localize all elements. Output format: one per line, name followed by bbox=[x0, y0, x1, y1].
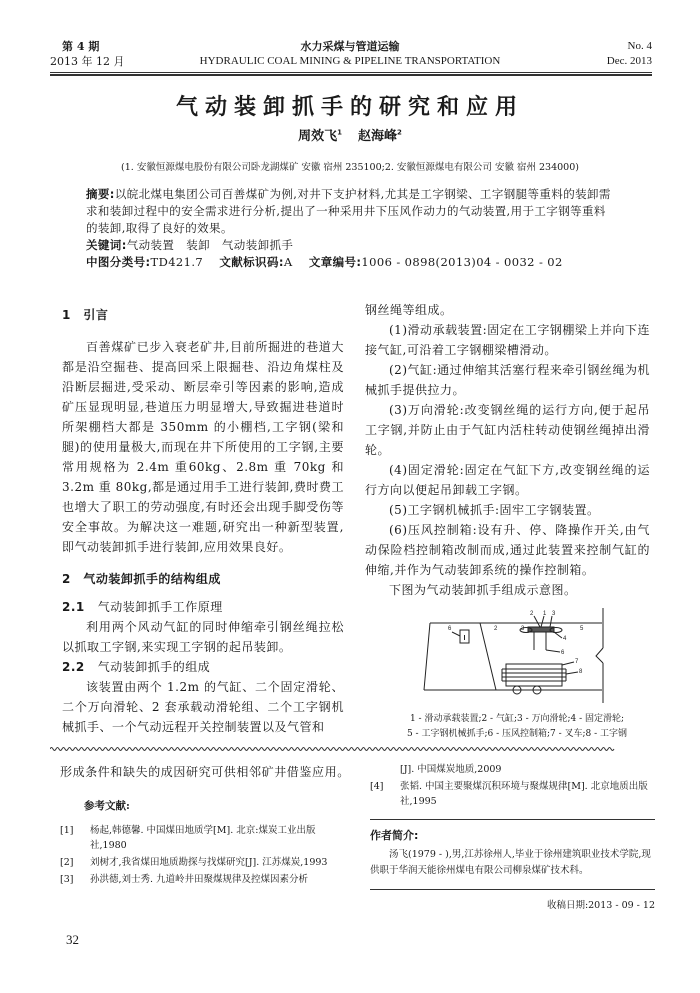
header-rule bbox=[50, 72, 652, 73]
reference-item: [2] 刘树才,我省煤田地质勘探与找煤研究[J]. 江苏煤炭,1993 bbox=[60, 855, 352, 870]
figure-label: 8 bbox=[579, 669, 583, 675]
right-column: 钢丝绳等组成。 (1)滑动承载装置:固定在工字钢棚梁上并向下连接气缸,可沿着工字… bbox=[365, 300, 650, 600]
continued-text: 钢丝绳等组成。 bbox=[365, 300, 650, 320]
reference-number: [2] bbox=[60, 855, 90, 870]
article-title: 气动装卸抓手的研究和应用 bbox=[0, 90, 700, 121]
references-heading: 参考文献: bbox=[84, 798, 352, 813]
figure-label: 6 bbox=[448, 626, 452, 632]
reference-number: [3] bbox=[60, 872, 90, 887]
reference-item: [1] 杨起,韩德馨. 中国煤田地质学[M]. 北京:煤炭工业出版社,1980 bbox=[60, 823, 352, 853]
issue-cn: 第 4 期 bbox=[50, 39, 170, 54]
previous-article-tail: 形成条件和缺失的成因研究可供相邻矿井借鉴应用。 参考文献: [1] 杨起,韩德馨… bbox=[60, 762, 352, 889]
subsection-heading-principle: 2.1 气动装卸抓手工作原理 bbox=[62, 597, 344, 617]
figure-label: 4 bbox=[563, 636, 567, 642]
figure-caption: 1 - 滑动承载装置;2 - 气缸;3 - 万向滑轮;4 - 固定滑轮; 5 -… bbox=[372, 712, 662, 742]
author-bio-heading: 作者简介: bbox=[370, 828, 660, 843]
component-item: (2)气缸:通过伸缩其活塞行程来牵引钢丝绳为机械抓手提供拉力。 bbox=[365, 360, 650, 400]
author-bio-text: 汤飞(1979 - ),男,江苏徐州人,毕业于徐州建筑职业技术学院,现供职于华润… bbox=[370, 847, 660, 879]
bio-rule-bottom bbox=[370, 889, 655, 890]
principle-paragraph: 利用两个风动气缸的同时伸缩牵引钢丝绳拉松以抓取工字钢,来实现工字钢的起吊装卸。 bbox=[62, 617, 344, 657]
reference-item: [3] 孙洪德,刘士秀. 九道岭井田聚煤规律及控煤因素分析 bbox=[60, 872, 352, 887]
article-no-value: 1006 - 0898(2013)04 - 0032 - 02 bbox=[361, 255, 562, 269]
left-column: 1 引言 百善煤矿已步入衰老矿井,目前所掘进的巷道大都是沿空掘巷、提高回采上限掘… bbox=[62, 305, 344, 737]
caption-line: 1 - 滑动承载装置;2 - 气缸;3 - 万向滑轮;4 - 固定滑轮; bbox=[372, 712, 662, 727]
subsection-heading-composition: 2.2 气动装卸抓手的组成 bbox=[62, 657, 344, 677]
keywords-text: 气动装置 装卸 气动装卸抓手 bbox=[127, 238, 294, 252]
composition-paragraph: 该装置由两个 1.2m 的气缸、二个固定滑轮、二个万向滑轮、2 套承载动滑轮组、… bbox=[62, 677, 344, 737]
header-issue-cn: 第 4 期 2013 年 12 月 bbox=[50, 39, 170, 69]
component-item: (4)固定滑轮:固定在气缸下方,改变钢丝绳的运行方向以便起吊卸载工字钢。 bbox=[365, 460, 650, 500]
figure-label: 3 bbox=[552, 611, 556, 617]
reference-text: [J]. 中国煤炭地质,2009 bbox=[400, 762, 660, 777]
affiliations: (1. 安徽恒源煤电股份有限公司卧龙湖煤矿 安徽 宿州 235100;2. 安徽… bbox=[60, 159, 640, 173]
header-issue-en: No. 4 Dec. 2013 bbox=[560, 39, 652, 69]
date-cn: 2013 年 12 月 bbox=[50, 54, 170, 69]
doc-code-label: 文献标识码: bbox=[219, 255, 284, 269]
caption-line: 5 - 工字钢机械抓手;6 - 压风控制箱;7 - 叉车;8 - 工字钢 bbox=[372, 727, 662, 742]
subsection-title: 气动装卸抓手的组成 bbox=[98, 660, 211, 674]
reference-text: 孙洪德,刘士秀. 九道岭井田聚煤规律及控煤因素分析 bbox=[90, 872, 352, 887]
reference-number: [4] bbox=[370, 779, 400, 809]
author-name: 赵海峰 bbox=[358, 129, 397, 144]
journal-title-cn: 水力采煤与管道运输 bbox=[170, 39, 530, 54]
author-name: 周效飞 bbox=[298, 129, 337, 144]
clc-label: 中图分类号: bbox=[86, 255, 151, 269]
bio-rule-top bbox=[370, 819, 655, 820]
reference-item: [4] 张韬. 中国主要聚煤沉积环境与聚煤规律[M]. 北京地质出版社,1995 bbox=[370, 779, 660, 809]
component-item: (6)压风控制箱:设有升、停、降操作开关,由气动保险档控制箱改制而成,通过此装置… bbox=[365, 520, 650, 580]
header-journal: 水力采煤与管道运输 HYDRAULIC COAL MINING & PIPELI… bbox=[170, 39, 530, 69]
subsection-number: 2.1 bbox=[62, 600, 85, 614]
reference-number: [1] bbox=[60, 823, 90, 853]
figure-label: 3 bbox=[521, 626, 525, 632]
figure-label: 2 bbox=[530, 611, 534, 617]
author-affil-mark: 2 bbox=[397, 129, 402, 137]
figure-intro: 下图为气动装卸抓手组成示意图。 bbox=[365, 580, 650, 600]
issue-en: No. 4 bbox=[560, 39, 652, 54]
reference-text: 张韬. 中国主要聚煤沉积环境与聚煤规律[M]. 北京地质出版社,1995 bbox=[400, 779, 660, 809]
gripper-schematic-figure: 2 1 3 4 6 6 7 8 2 3 5 bbox=[410, 608, 615, 708]
component-item: (5)工字钢机械抓手:固牢工字钢装置。 bbox=[365, 500, 650, 520]
section-heading-structure: 2 气动装卸抓手的结构组成 bbox=[62, 569, 344, 589]
page-number: 32 bbox=[66, 932, 79, 948]
figure-label: 6 bbox=[561, 650, 565, 656]
article-separator bbox=[50, 746, 652, 752]
author-affil-mark: 1 bbox=[337, 129, 342, 137]
abstract-label: 摘要: bbox=[86, 187, 115, 201]
figure-label: 1 bbox=[543, 611, 547, 617]
section-heading-intro: 1 引言 bbox=[62, 305, 344, 325]
figure-label: 7 bbox=[575, 659, 579, 665]
abstract-text: 以皖北煤电集团公司百善煤矿为例,对井下支护材料,尤其是工字钢梁、工字钢腿等重料的… bbox=[86, 187, 611, 235]
author-list: 周效飞1赵海峰2 bbox=[0, 125, 700, 144]
previous-article-text: 形成条件和缺失的成因研究可供相邻矿井借鉴应用。 bbox=[60, 762, 352, 782]
schematic-diagram: 2 1 3 4 6 6 7 8 2 3 5 bbox=[410, 608, 615, 708]
abstract-block: 摘要:以皖北煤电集团公司百善煤矿为例,对井下支护材料,尤其是工字钢梁、工字钢腿等… bbox=[86, 186, 616, 271]
reference-text: 杨起,韩德馨. 中国煤田地质学[M]. 北京:煤炭工业出版社,1980 bbox=[90, 823, 352, 853]
journal-title-en: HYDRAULIC COAL MINING & PIPELINE TRANSPO… bbox=[170, 54, 530, 69]
clc-value: TD421.7 bbox=[151, 255, 204, 269]
doc-code-value: A bbox=[284, 255, 293, 269]
component-item: (3)万向滑轮:改变钢丝绳的运行方向,便于起吊工字钢,并防止由于气缸内活柱转动使… bbox=[365, 400, 650, 460]
keywords-label: 关键词: bbox=[86, 238, 127, 252]
date-en: Dec. 2013 bbox=[560, 54, 652, 69]
references-continued: [J]. 中国煤炭地质,2009 [4] 张韬. 中国主要聚煤沉积环境与聚煤规律… bbox=[370, 762, 660, 913]
reference-item-continued: [J]. 中国煤炭地质,2009 bbox=[370, 762, 660, 777]
component-item: (1)滑动承载装置:固定在工字钢棚梁上并向下连接气缸,可沿着工字钢棚梁槽滑动。 bbox=[365, 320, 650, 360]
intro-paragraph: 百善煤矿已步入衰老矿井,目前所掘进的巷道大都是沿空掘巷、提高回采上限掘巷、沿边角… bbox=[62, 337, 344, 557]
figure-label: 2 bbox=[494, 626, 498, 632]
subsection-title: 气动装卸抓手工作原理 bbox=[98, 600, 223, 614]
article-no-label: 文章编号: bbox=[309, 255, 362, 269]
subsection-number: 2.2 bbox=[62, 660, 85, 674]
figure-label: 5 bbox=[580, 626, 584, 632]
received-date: 收稿日期:2013 - 09 - 12 bbox=[370, 898, 655, 913]
reference-text: 刘树才,我省煤田地质勘探与找煤研究[J]. 江苏煤炭,1993 bbox=[90, 855, 352, 870]
header-rule-thick bbox=[50, 74, 652, 76]
